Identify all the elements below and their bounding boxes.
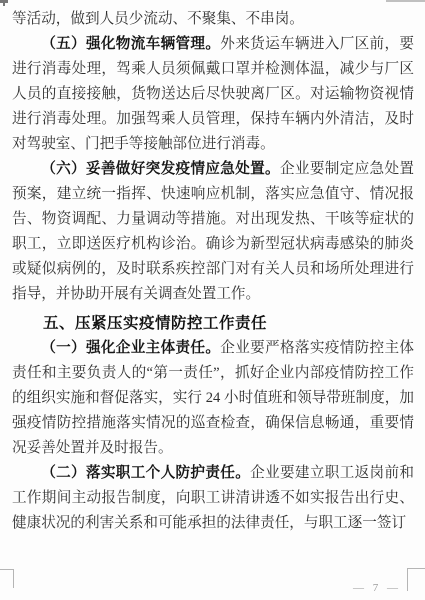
paragraph-lead: （一）强化企业主体责任。: [41, 340, 220, 356]
paragraph-item-6: （六）妥善做好突发疫情应急处置。企业要制定应急处置预案，建立统一指挥、快速响应机…: [12, 157, 414, 307]
paragraph-item-5: （五）强化物流车辆管理。外来货运车辆进入厂区前，要进行消毒处理，驾乘人员须佩戴口…: [12, 32, 414, 157]
document-text-block: 等活动，做到人员少流动、不聚集、不串岗。 （五）强化物流车辆管理。外来货运车辆进…: [12, 7, 414, 536]
corner-mark-bottom-right-icon: [407, 568, 425, 569]
corner-mark-bottom-left-icon: [0, 569, 14, 570]
page-number: — 7 —: [353, 582, 401, 594]
paragraph-text: 企业要严格落实疫情防控主体责任和主要负责人的“第一责任”，抓好企业内部疫情防控工…: [12, 340, 414, 456]
paragraph-text: 等活动，做到人员少流动、不聚集、不串岗。: [12, 11, 304, 27]
paragraph-item-2: （二）落实职工个人防护责任。企业要建立职工返岗前和工作期间主动报告制度，向职工讲…: [12, 461, 414, 536]
paragraph-lead: （六）妥善做好突发疫情应急处置。: [41, 161, 280, 177]
corner-mark-top-left-icon: [3, 0, 5, 6]
paragraph-text: 外来货运车辆进入厂区前，要进行消毒处理，驾乘人员须佩戴口罩并检测体温，减少与厂区…: [12, 36, 414, 152]
continuation-paragraph: 等活动，做到人员少流动、不聚集、不串岗。: [12, 7, 414, 32]
corner-mark-bottom-right-icon: [407, 568, 408, 591]
paragraph-lead: （二）落实职工个人防护责任。: [41, 465, 250, 481]
scanned-document-page: 等活动，做到人员少流动、不聚集、不串岗。 （五）强化物流车辆管理。外来货运车辆进…: [0, 0, 425, 600]
paragraph-text: 企业要制定应急处置预案，建立统一指挥、快速响应机制，落实应急值守、情况报告、物资…: [12, 161, 414, 302]
paragraph-item-1: （一）强化企业主体责任。企业要严格落实疫情防控主体责任和主要负责人的“第一责任”…: [12, 336, 414, 461]
section-heading: 五、压紧压实疫情防控工作责任: [12, 311, 414, 336]
corner-mark-bottom-left-icon: [13, 569, 14, 588]
corner-mark-top-right-icon: [386, 0, 425, 2]
paragraph-lead: （五）强化物流车辆管理。: [41, 36, 220, 52]
